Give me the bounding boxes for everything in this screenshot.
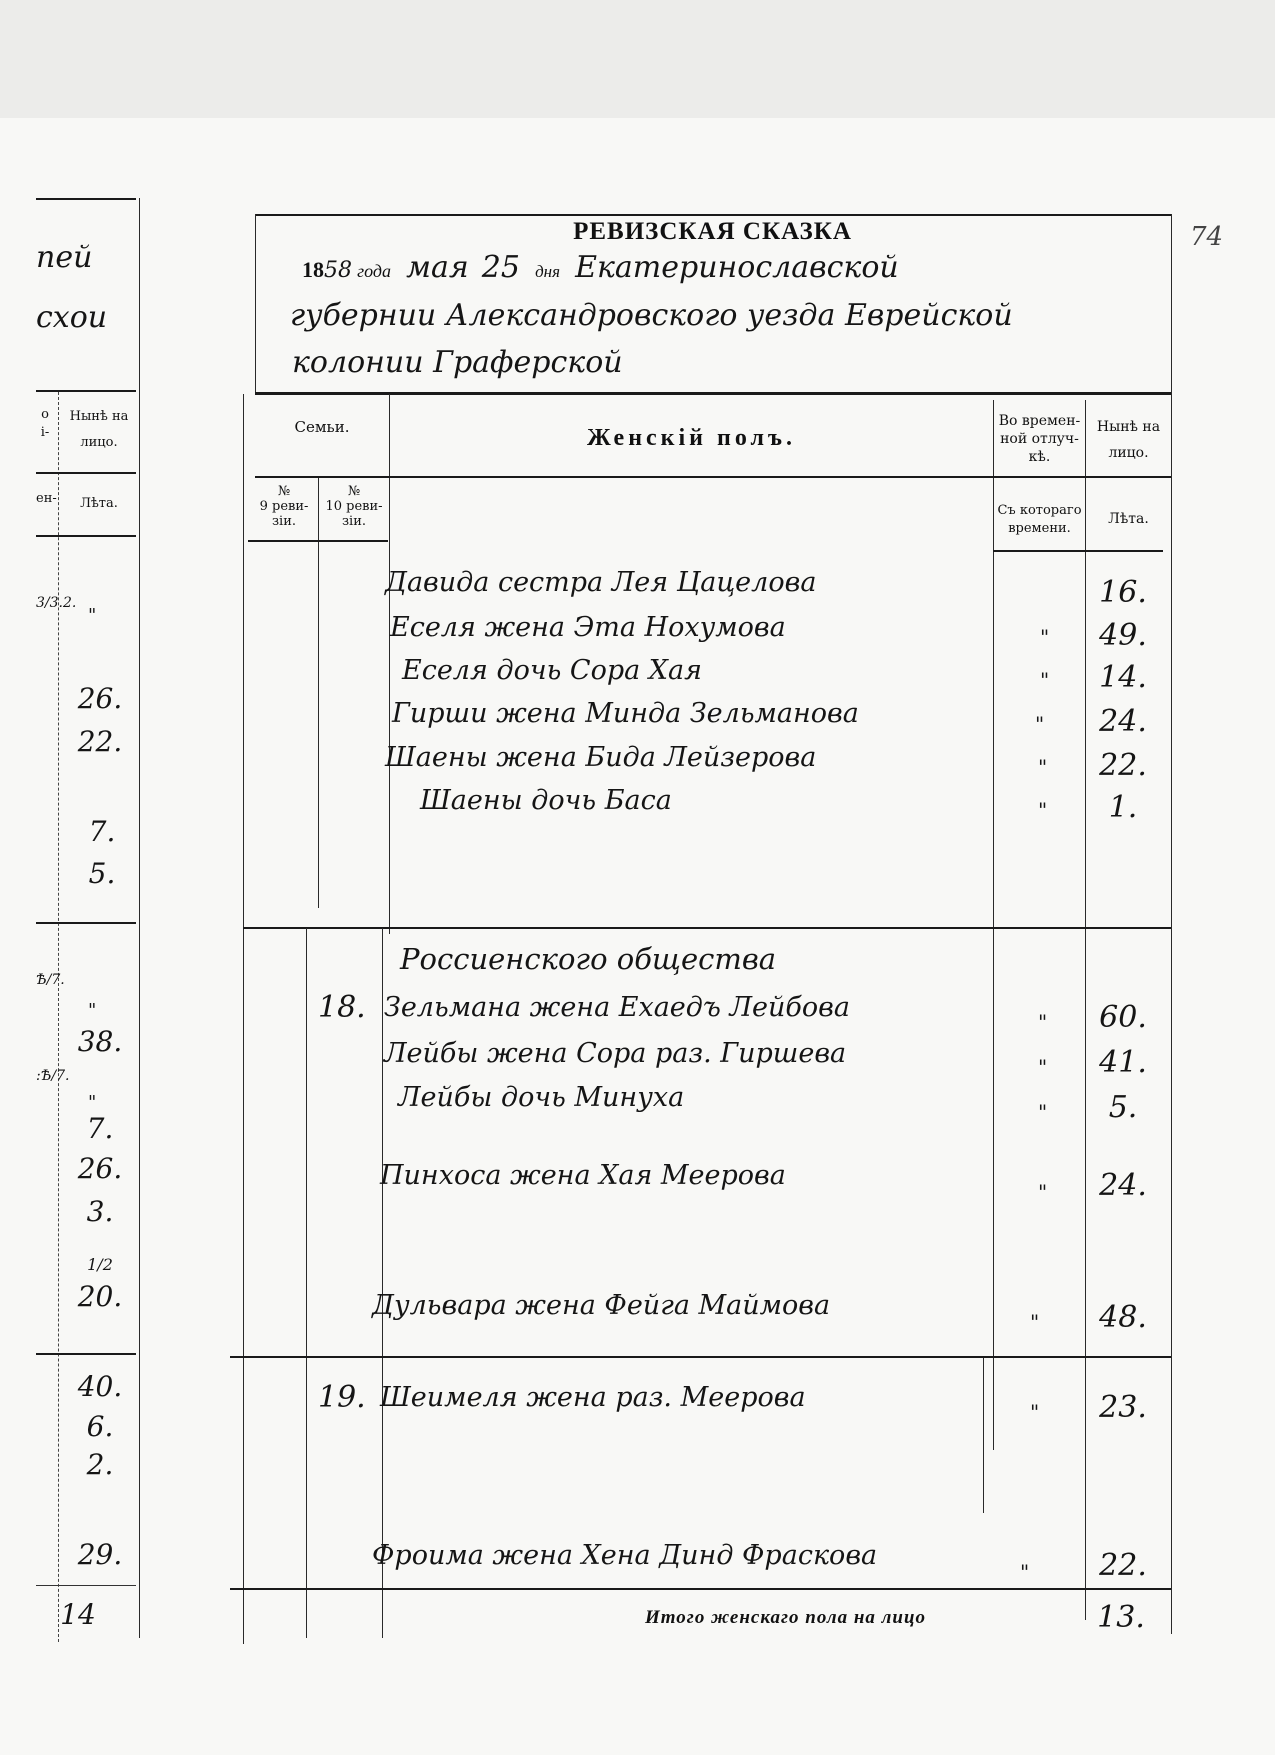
person-age: 16. <box>1088 575 1158 610</box>
person-name: Гирши жена Минда Зельманова <box>392 698 859 729</box>
person-name: Лейбы жена Сора раз. Гиршева <box>384 1038 846 1069</box>
header-date-line: 1858 года мая 25 дня Екатеринославской <box>302 250 899 285</box>
total-value: 13. <box>1086 1600 1156 1635</box>
header-district-line: губернии Александровского уезда Еврейско… <box>290 298 1013 333</box>
person-name: Зельмана жена Ехаедъ Лейбова <box>384 992 850 1023</box>
frag-value: 7. <box>60 1112 140 1145</box>
year-printed: 18 <box>302 257 324 282</box>
person-age: 60. <box>1088 1000 1158 1035</box>
col-families: Семьи. <box>255 418 389 436</box>
month: мая <box>406 250 469 285</box>
scan-background-top <box>0 0 1275 118</box>
person-age: 49. <box>1088 618 1158 653</box>
frag-word-2: схои <box>36 300 107 335</box>
frag-value: 22. <box>60 725 140 758</box>
person-age: 48. <box>1088 1300 1158 1335</box>
person-name: Давида сестра Лея Цацелова <box>385 567 816 598</box>
total-rule <box>230 1588 1171 1590</box>
person-age: 24. <box>1088 704 1158 739</box>
rev10-number: 19. <box>318 1380 366 1415</box>
scan-background <box>0 118 1275 1755</box>
year-handwritten: 58 <box>324 258 352 283</box>
present-divider <box>1085 400 1086 1620</box>
person-name: Пинхоса жена Хая Меерова <box>380 1160 786 1191</box>
form-top-border <box>255 214 1171 216</box>
frag-value: 6. <box>60 1410 140 1443</box>
since-ditto: " <box>1038 1100 1047 1124</box>
frag-value: 26. <box>60 682 140 715</box>
col-female: Женскій полъ. <box>390 425 993 452</box>
society-heading: Россиенского общества <box>400 942 776 976</box>
rev10-number: 18. <box>318 990 366 1025</box>
person-age: 23. <box>1088 1390 1158 1425</box>
since-ditto: " <box>1020 1560 1029 1584</box>
form-right-border <box>1171 214 1172 1634</box>
frag-value: 26. <box>60 1152 140 1185</box>
person-name: Лейбы дочь Минуха <box>398 1082 684 1113</box>
families-divider-lower <box>382 928 383 1638</box>
frag-value: 38. <box>60 1025 140 1058</box>
form-left-border <box>243 394 244 1644</box>
frag-total: 14 <box>38 1598 118 1631</box>
since-ditto: " <box>1038 1180 1047 1204</box>
year-suffix: года <box>357 261 391 281</box>
frag-value: 3. <box>60 1195 140 1228</box>
col-rev10: №10 реви-зіи. <box>319 484 389 529</box>
person-age: 14. <box>1088 660 1158 695</box>
frag-value: 29. <box>60 1538 140 1571</box>
rev-divider-lower <box>306 928 307 1638</box>
col-years: Лѣта. <box>1086 510 1171 528</box>
frag-subheader-rule <box>36 472 136 474</box>
since-ditto: " <box>1035 712 1044 736</box>
person-name: Еселя дочь Сора Хая <box>402 655 702 686</box>
frag-total-rule <box>36 1585 136 1586</box>
person-age: 1. <box>1088 790 1158 825</box>
column-subheader-rule <box>255 476 1171 478</box>
frag-value: 2. <box>60 1448 140 1481</box>
frag-block-rule <box>36 1353 136 1355</box>
rev-divider <box>318 478 319 908</box>
since-ditto: " <box>1030 1400 1039 1424</box>
families-divider <box>389 394 390 934</box>
frag-value: 40. <box>60 1370 140 1403</box>
frag-value: 7. <box>62 815 142 848</box>
frag-columns-rule <box>36 535 136 537</box>
since-ditto: " <box>1040 668 1049 692</box>
person-name: Шаены жена Бида Лейзерова <box>385 742 816 773</box>
col-since-when: Съ котораговремени. <box>994 502 1085 538</box>
frag-value-fraction: 1/2 <box>60 1255 140 1274</box>
person-age: 41. <box>1088 1045 1158 1080</box>
since-ditto: " <box>1038 1010 1047 1034</box>
frag-col-divider <box>58 392 59 1642</box>
col-present: Нынѣ налицо. <box>1086 418 1171 462</box>
person-name: Фроима жена Хена Динд Фраскова <box>372 1540 877 1571</box>
person-name: Еселя жена Эта Нохумова <box>390 612 786 643</box>
document-title: РЕВИЗСКАЯ СКАЗКА <box>0 218 1275 246</box>
absence-divider-lower <box>983 1358 984 1513</box>
person-age: 22. <box>1088 1548 1158 1583</box>
person-name: Шаены дочь Баса <box>420 785 672 816</box>
day: 25 <box>482 250 520 285</box>
section-rule <box>230 1356 1171 1358</box>
since-ditto: " <box>1038 798 1047 822</box>
frag-margin-note: :Ѣ/7. <box>36 1068 69 1084</box>
column-header-top-rule <box>255 392 1171 395</box>
frag-cut-header: оі- <box>36 406 54 442</box>
frag-value: 20. <box>60 1280 140 1313</box>
person-age: 24. <box>1088 1168 1158 1203</box>
day-label: дня <box>535 262 560 281</box>
province: Екатеринославской <box>575 250 899 285</box>
since-ditto: " <box>1038 1055 1047 1079</box>
frag-value: 5. <box>62 857 142 890</box>
frag-cut-subheader: ен- <box>36 490 56 508</box>
frag-col-present: Нынѣ на лицо. <box>60 408 138 452</box>
frag-header-rule <box>36 390 136 392</box>
person-age: 5. <box>1088 1090 1158 1125</box>
person-age: 22. <box>1088 748 1158 783</box>
col-rev9: №9 реви-зіи. <box>250 484 318 529</box>
col-temporary-absence: Во времен-ной отлуч-кѣ. <box>994 412 1085 466</box>
rev-subheader-rule <box>248 540 388 542</box>
frag-margin-note: 3/3.2. <box>36 595 76 611</box>
since-ditto: " <box>1030 1310 1039 1334</box>
frag-ditto: " <box>88 1000 96 1021</box>
since-ditto: " <box>1038 755 1047 779</box>
frag-ditto: " <box>88 1092 96 1113</box>
absence-divider <box>993 400 994 1450</box>
person-name: Дульвара жена Фейга Маймова <box>372 1290 830 1321</box>
frag-margin-note: Ѣ/7. <box>36 972 65 988</box>
header-colony-line: колонии Граферской <box>292 345 623 380</box>
years-subheader-rule <box>993 550 1163 552</box>
total-label: Итого женскаго пола на лицо <box>645 1607 926 1629</box>
since-ditto: " <box>1040 625 1049 649</box>
frag-top-rule <box>36 198 136 200</box>
frag-col-years: Лѣта. <box>60 495 138 513</box>
frag-block-rule <box>36 922 136 924</box>
frag-ditto: " <box>88 605 96 626</box>
person-name: Шеимеля жена раз. Мееро­ва <box>380 1382 806 1413</box>
